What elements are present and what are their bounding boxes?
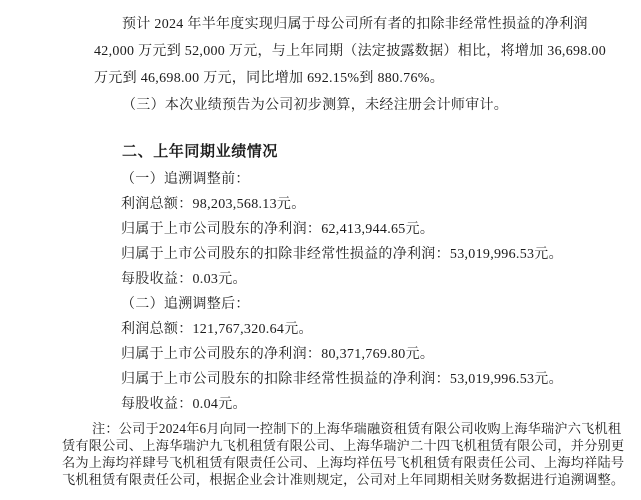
footnote-line-2: 赁有限公司、上海华瑞沪九飞机租赁有限公司、上海华瑞沪二十四飞机租赁有限公司，并分… [62, 437, 624, 454]
footnote-paragraph: 注：公司于2024年6月向同一控制下的上海华瑞融资租赁有限公司收购上海华瑞沪六飞… [62, 420, 624, 488]
after-eps: 每股收益：0.04元。 [94, 392, 563, 417]
forecast-line-1: 预计 2024 年半年度实现归属于母公司所有者的扣除非经常性损益的净利润 [94, 11, 606, 38]
after-adjustment-title: （二）追溯调整后： [94, 292, 563, 317]
footnote-line-4: 飞机租赁有限责任公司，根据企业会计准则规定，公司对上年同期相关财务数据进行追溯调… [62, 471, 624, 488]
announcement-page: 预计 2024 年半年度实现归属于母公司所有者的扣除非经常性损益的净利润 42,… [0, 0, 641, 500]
before-net-profit: 归属于上市公司股东的净利润：62,413,944.65元。 [94, 217, 563, 242]
after-net-profit: 归属于上市公司股东的净利润：80,371,769.80元。 [94, 342, 563, 367]
before-total-profit: 利润总额：98,203,568.13元。 [94, 192, 563, 217]
results-list: （一）追溯调整前： 利润总额：98,203,568.13元。 归属于上市公司股东… [94, 167, 563, 417]
audit-note: （三）本次业绩预告为公司初步测算，未经注册会计师审计。 [94, 92, 606, 119]
section-heading: 二、上年同期业绩情况 [94, 139, 278, 165]
after-total-profit: 利润总额：121,767,320.64元。 [94, 317, 563, 342]
after-deducted-net-profit: 归属于上市公司股东的扣除非经常性损益的净利润：53,019,996.53元。 [94, 367, 563, 392]
forecast-paragraph: 预计 2024 年半年度实现归属于母公司所有者的扣除非经常性损益的净利润 42,… [94, 11, 606, 119]
forecast-line-2: 42,000 万元到 52,000 万元，与上年同期（法定披露数据）相比，将增加… [94, 38, 606, 65]
footnote-line-1: 注：公司于2024年6月向同一控制下的上海华瑞融资租赁有限公司收购上海华瑞沪六飞… [62, 420, 624, 437]
before-adjustment-title: （一）追溯调整前： [94, 167, 563, 192]
footnote-line-3: 名为上海均祥肆号飞机租赁有限责任公司、上海均祥伍号飞机租赁有限责任公司、上海均祥… [62, 454, 624, 471]
before-eps: 每股收益：0.03元。 [94, 267, 563, 292]
before-deducted-net-profit: 归属于上市公司股东的扣除非经常性损益的净利润：53,019,996.53元。 [94, 242, 563, 267]
section-heading-text: 二、上年同期业绩情况 [94, 139, 278, 165]
forecast-line-3: 万元到 46,698.00 万元，同比增加 692.15%到 880.76%。 [94, 65, 606, 92]
